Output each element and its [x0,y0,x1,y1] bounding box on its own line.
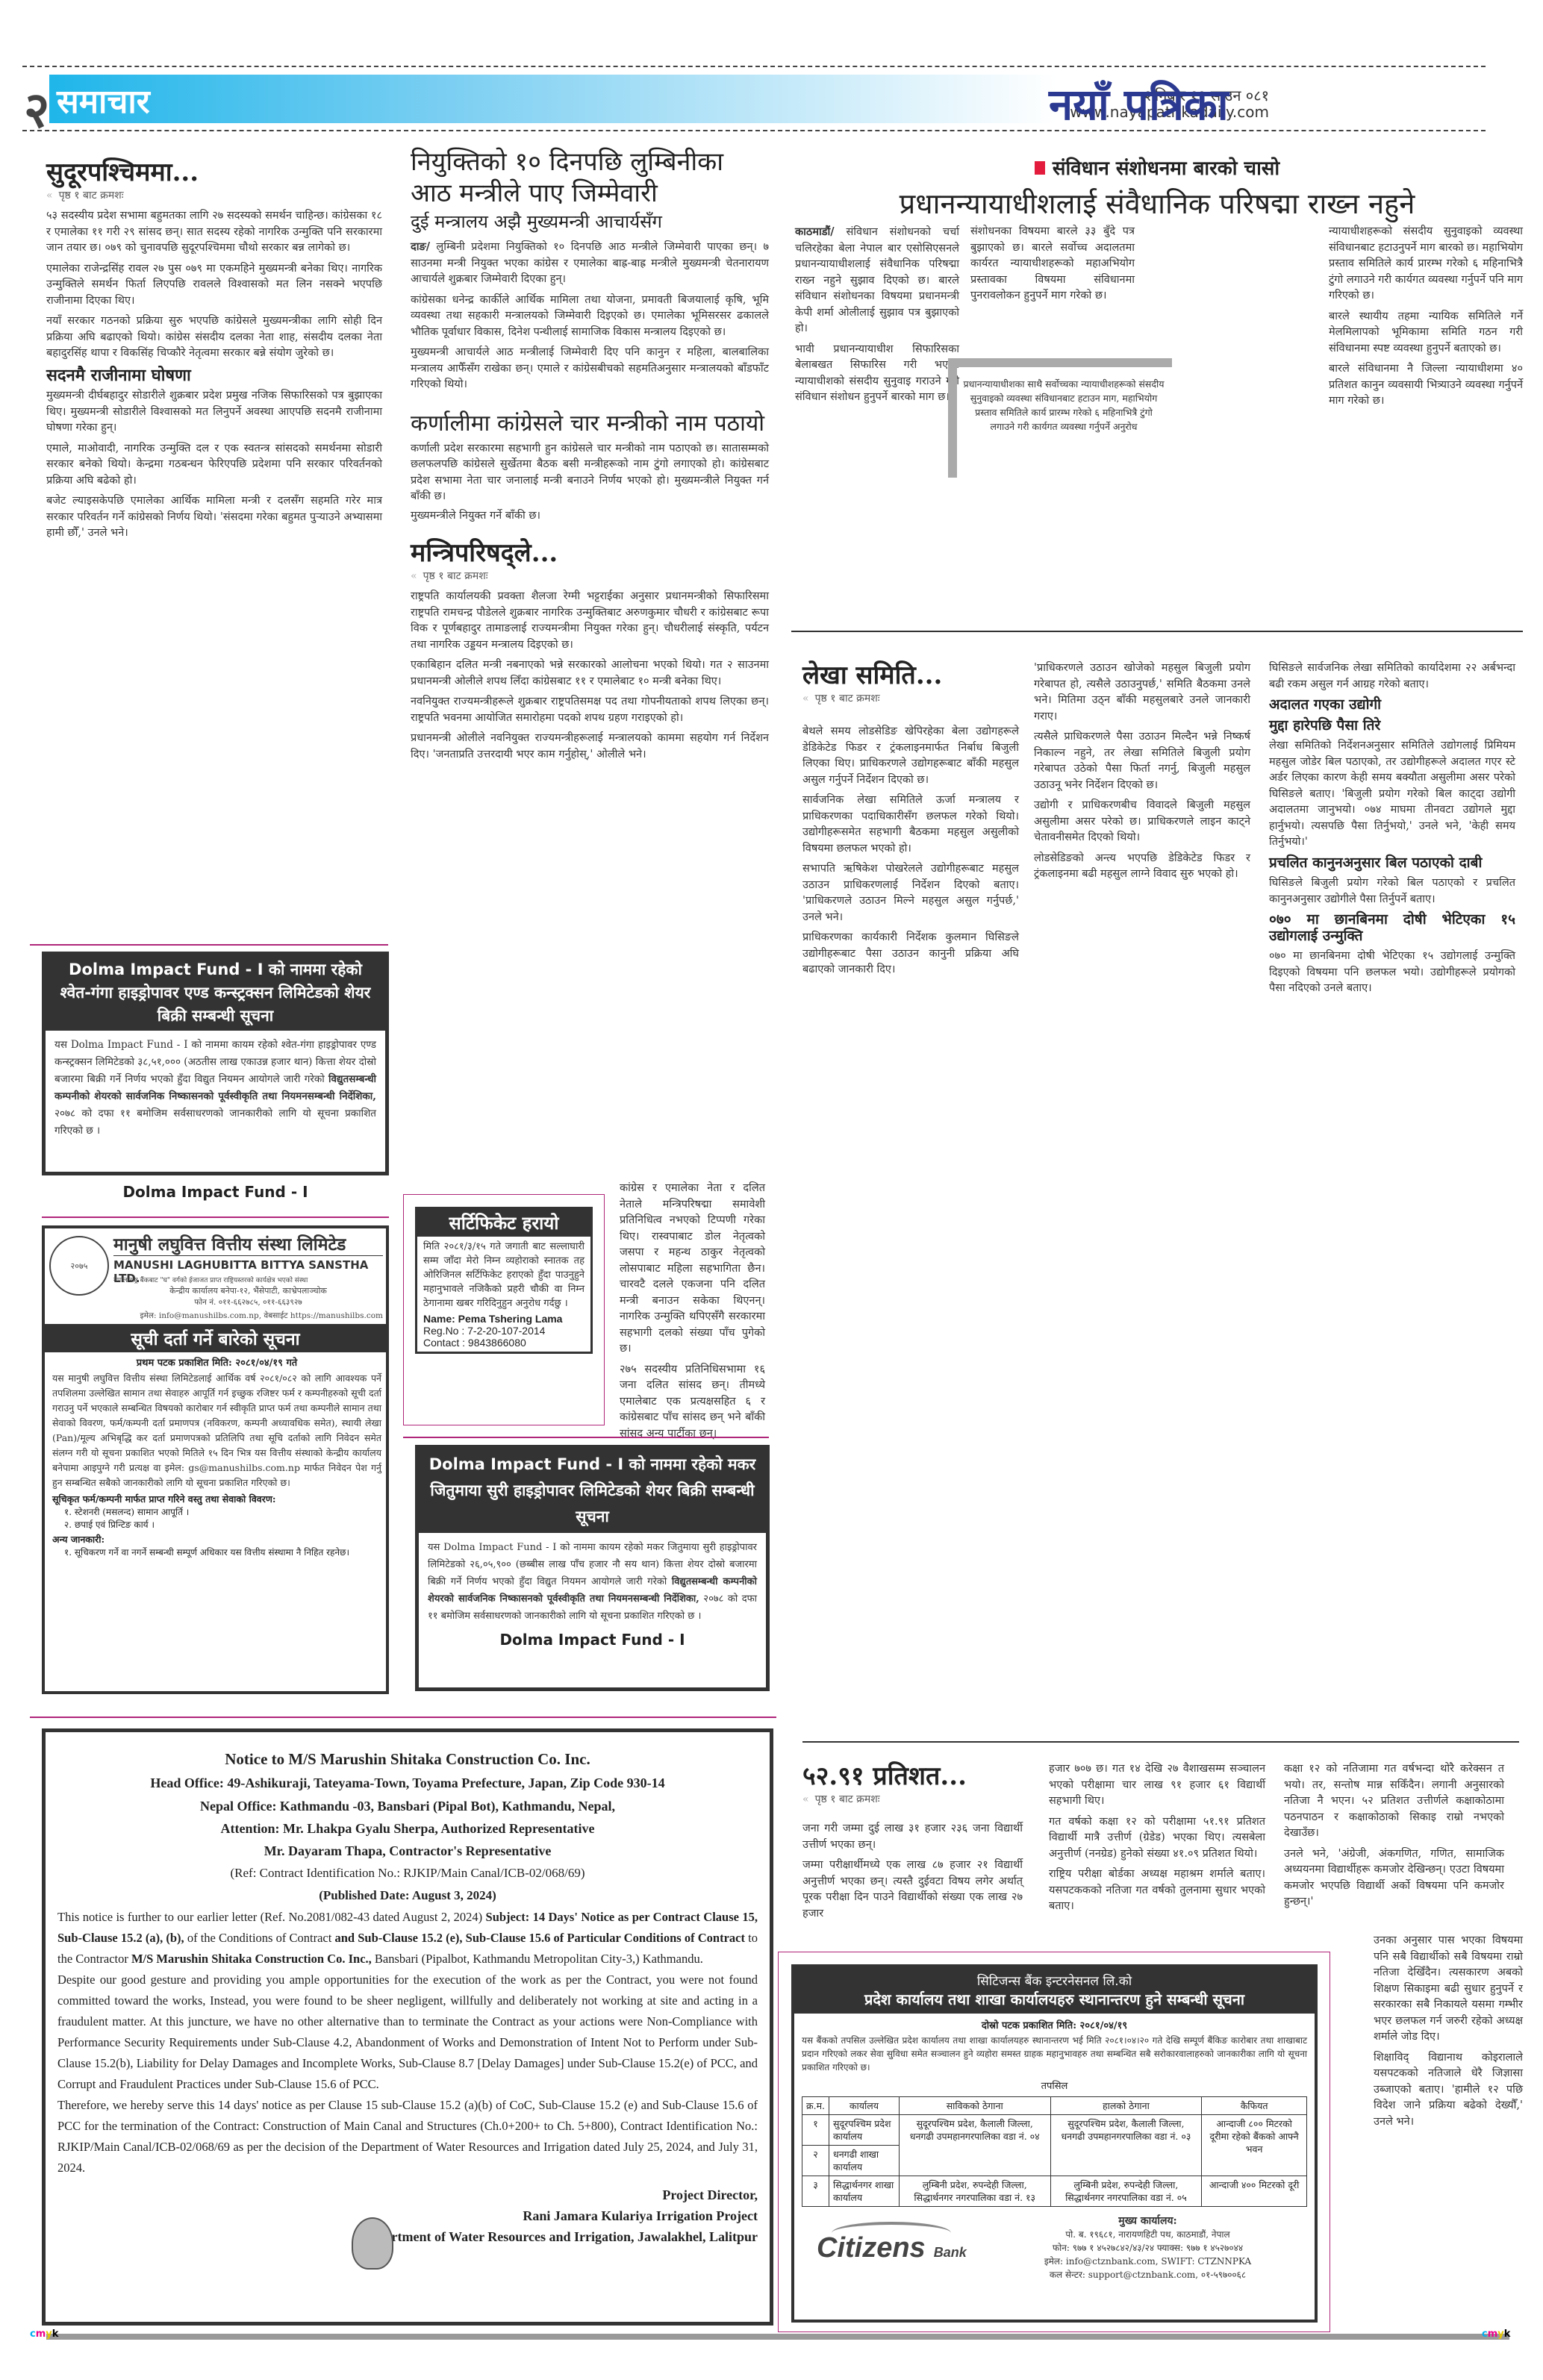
ad-certificate-lost: सर्टिफिकेट हरायो मिति २०८१/३/१५ गते जगात… [415,1207,593,1354]
ad-dolma-makar: Dolma Impact Fund - I को नाममा रहेको मकर… [415,1445,770,1691]
section-banner [49,75,1057,123]
article-headline: ५२.९१ प्रतिशत... [802,1758,1026,1792]
back-arrow-icon: « [46,190,53,202]
article-bar-body-3: न्यायाधीशहरूको संसदीय सुनुवाइको व्यवस्था… [1329,224,1523,414]
article-body: दाङ/ लुम्बिनी प्रदेशमा नियुक्तिको १० दिन… [411,239,769,393]
contract-ref: (Ref: Contract Identification No.: RJKIP… [57,1862,758,1884]
footer-bar [46,2334,1509,2340]
lekha-col-3: घिसिङले सार्वजनिक लेखा समितिको कार्यादेश… [1269,660,1515,1002]
ad-header-1: सिटिजन्स बैंक इन्टरनेसनल लि.को [799,1972,1310,1989]
branch-table: क्र.म.कार्यालयसाविकको ठेगानाहालको ठेगाना… [802,2096,1307,2207]
table-row: १सुदूरपश्चिम प्रदेश कार्यालय सुदूरपश्चिम… [802,2115,1307,2146]
article-body: ५३ सदस्यीय प्रदेश सभामा बहुमतका लागि २७ … [46,208,382,542]
article-cabinet-body: राष्ट्रपति कार्यालयकी प्रवक्ता शैलजा रेग… [411,589,769,763]
notice-para-2: Despite our good gesture and providing y… [57,1970,758,2095]
manushi-logo-icon: २०७५ [49,1236,109,1296]
newspaper-logo: नयाँ पत्रिका [1049,73,1229,132]
result-col-3: कक्षा १२ को नतिजामा गत वर्षभन्दा थोरै कर… [1284,1761,1504,1915]
subheading: सदनमै राजीनामा घोषणा [46,368,382,384]
divider [30,944,388,946]
ad-body: यस बैंकको तपसिल उल्लेखित प्रदेश कार्यालय… [802,2034,1307,2074]
cmyk-marker-left: cmyk [30,2329,58,2340]
article-kicker: संविधान संशोधनमा बारको चासो [791,154,1523,181]
notice-para-1: This notice is further to our earlier le… [57,1907,758,1970]
article-bar-body-1: काठमाडौं/ संविधान संशोधनको चर्चा चलिरहेक… [795,224,959,410]
ad-signature: Dolma Impact Fund - I [419,1631,766,1649]
reg-number: Reg.No : 7-2-20-107-2014 [423,1325,585,1337]
notice-para-3: Therefore, we hereby serve this 14 days'… [57,2095,758,2178]
ad-marushin-notice: Notice to M/S Marushin Shitaka Construct… [42,1728,773,2326]
back-arrow-icon: « [802,1793,809,1805]
citizens-logo: Citizens Bank [802,2232,988,2264]
org-office: केन्द्रीय कार्यालय बनेपा-१२, भैंसेपाटी, … [113,1285,383,1296]
continued-label: «पृष्ठ १ बाट क्रमशः [411,569,769,583]
article-headline: प्रधानन्यायाधीशलाई संवैधानिक परिषद्मा रा… [791,184,1523,222]
ad-body: यस Dolma Impact Fund - I को नाममा कायम र… [419,1533,766,1631]
ad-signature: Dolma Impact Fund - I [42,1183,389,1201]
section-label: समाचार [57,78,150,122]
article-lumbini: नियुक्तिको १० दिनपछि लुम्बिनीका आठ मन्त्… [411,146,769,767]
divider [802,1741,1519,1743]
attention-2: Mr. Dayaram Thapa, Contractor's Represen… [57,1840,758,1862]
continued-label: «पृष्ठ १ बाट क्रमशः [46,188,382,202]
article-cabinet-continued: कांग्रेस र एमालेका नेता र दलित नेताले मन… [620,1181,765,1446]
published-date: दोस्रो पटक प्रकाशित मिति: २०८१/०४/१९ [802,2018,1307,2031]
masthead-rule-top [22,66,1486,67]
org-tagline: नेपाल राष्ट्र बैंकबाट "घ" वर्गको ईजाजत प… [113,1275,383,1284]
attention: Attention: Mr. Lhakpa Gyalu Sherpa, Auth… [57,1817,758,1840]
article-headline-2: आठ मन्त्रीले पाए जिम्मेवारी [411,178,769,209]
article-cabinet-headline: मन्त्रिपरिषद्ले... [411,534,769,569]
ad-title: सर्टिफिकेट हरायो [417,1209,590,1237]
continued-label: «पृष्ठ १ बाट क्रमशः [802,1792,1026,1806]
article-subhead: दुई मन्त्रालय अझै मुख्यमन्त्री आचार्यसँग [411,209,769,234]
back-arrow-icon: « [802,693,809,705]
article-headline: सुदूरपश्चिममा... [46,154,382,188]
ad-header-2: प्रदेश कार्यालय तथा शाखा कार्यालयहरु स्थ… [799,1989,1310,2009]
cmyk-marker-right: cmyk [1482,2329,1510,2340]
table-row: ३सिद्धार्थनगर शाखा कार्यालयलुम्बिनी प्रद… [802,2176,1307,2207]
lekha-col-2: 'प्राधिकरणले उठाउन खोजेको महसुल बिजुली प… [1034,660,1250,887]
ad-citizens-bank: सिटिजन्स बैंक इन्टरनेसनल लि.को प्रदेश का… [791,1964,1318,2323]
back-arrow-icon: « [411,570,417,582]
result-col-2: हजार ७०७ छ। गत १४ देखि २७ वैशाखसम्म सञ्च… [1049,1761,1265,1920]
divider [42,1216,389,1218]
logo-arc-icon [832,2222,951,2244]
published-date: (Published Date: August 3, 2024) [57,1884,758,1907]
notice-title: सूची दर्ता गर्ने बारेको सूचना [45,1324,386,1352]
org-name-np: मानुषी लघुवित्त वित्तीय संस्था लिमिटेड [113,1231,383,1256]
red-square-icon [1035,161,1045,175]
nepal-emblem-icon [352,2217,393,2270]
name-field: Name: Pema Tshering Lama [423,1313,585,1325]
ad-title: Dolma Impact Fund - I को नाममा रहेको मकर… [419,1449,766,1533]
ad-body: यस Dolma Impact Fund - I को नाममा कायम र… [46,1031,385,1146]
ad-title: Dolma Impact Fund - I को नाममा रहेको श्व… [46,955,385,1031]
hq-address: मुख्य कार्यालय: पो. ब. १९६८१, नारायणहिटी… [988,2214,1307,2281]
ad-dolma-shwetganga: Dolma Impact Fund - I को नाममा रहेको श्व… [42,952,389,1175]
result-col-1: जना गरी जम्मा दुई लाख ३१ हजार २३६ जना वि… [802,1821,1023,1926]
signatory-1: Project Director, [57,2184,758,2205]
masthead-rule-bottom [22,130,1486,131]
article-karnali-body: कर्णाली प्रदेश सरकारमा सहभागी हुन कांग्र… [411,441,769,505]
article-headline: नियुक्तिको १० दिनपछि लुम्बिनीका [411,146,769,178]
contact-number: Contact : 9843866080 [423,1337,585,1349]
divider [791,631,1523,632]
ad-manushi: २०७५ मानुषी लघुवित्त वित्तीय संस्था लिमि… [42,1225,389,1694]
article-bar-headline-block: संविधान संशोधनमा बारको चासो प्रधानन्याया… [791,154,1523,222]
signatory-3: Department of Water Resources and Irriga… [57,2226,758,2247]
divider [30,1717,776,1718]
nepal-office: Nepal Office: Kathmandu -03, Bansbari (P… [57,1795,758,1817]
schedule-label: तपसिल [802,2078,1307,2092]
notice-body: प्रथम पटक प्रकाशित मिति: २०८१/०४/१९ गते … [52,1355,381,1558]
page-number: २ [24,75,49,142]
org-phone: फोन नं. ०११-६६२७८५, ०११-६६३९२७ [113,1297,383,1308]
table-header-row: क्र.म.कार्यालयसाविकको ठेगानाहालको ठेगाना… [802,2097,1307,2115]
signatory-2: Rani Jamara Kulariya Irrigation Project [57,2205,758,2226]
article-sudurpaschim: सुदूरपश्चिममा... «पृष्ठ १ बाट क्रमशः ५३ … [46,154,382,546]
article-result: ५२.९१ प्रतिशत... «पृष्ठ १ बाट क्रमशः [802,1758,1026,1812]
article-karnali-headline: कर्णालीमा कांग्रेसले चार मन्त्रीको नाम प… [411,410,769,438]
org-email: इमेल: info@manushilbs.com.np, वेबसाईट ht… [49,1311,383,1321]
notice-title: Notice to M/S Marushin Shitaka Construct… [57,1747,758,1771]
head-office: Head Office: 49-Ashikuraji, Tateyama-Tow… [57,1771,758,1795]
divider [403,1437,769,1438]
lekha-col-1: बेथले समय लोडसेडिङ खेपिरहेका बेला उद्योग… [802,724,1019,983]
result-col-4: उनका अनुसार पास भएका विषयमा पनि सबै विद्… [1374,1933,1523,2134]
pullquote: प्रधानन्यायाधीशका साथै सर्वोच्चका न्याया… [963,377,1165,434]
article-bar-body-2: संशोधनका विषयमा बारले ३३ बुँदे पत्र बुझा… [970,224,1135,304]
